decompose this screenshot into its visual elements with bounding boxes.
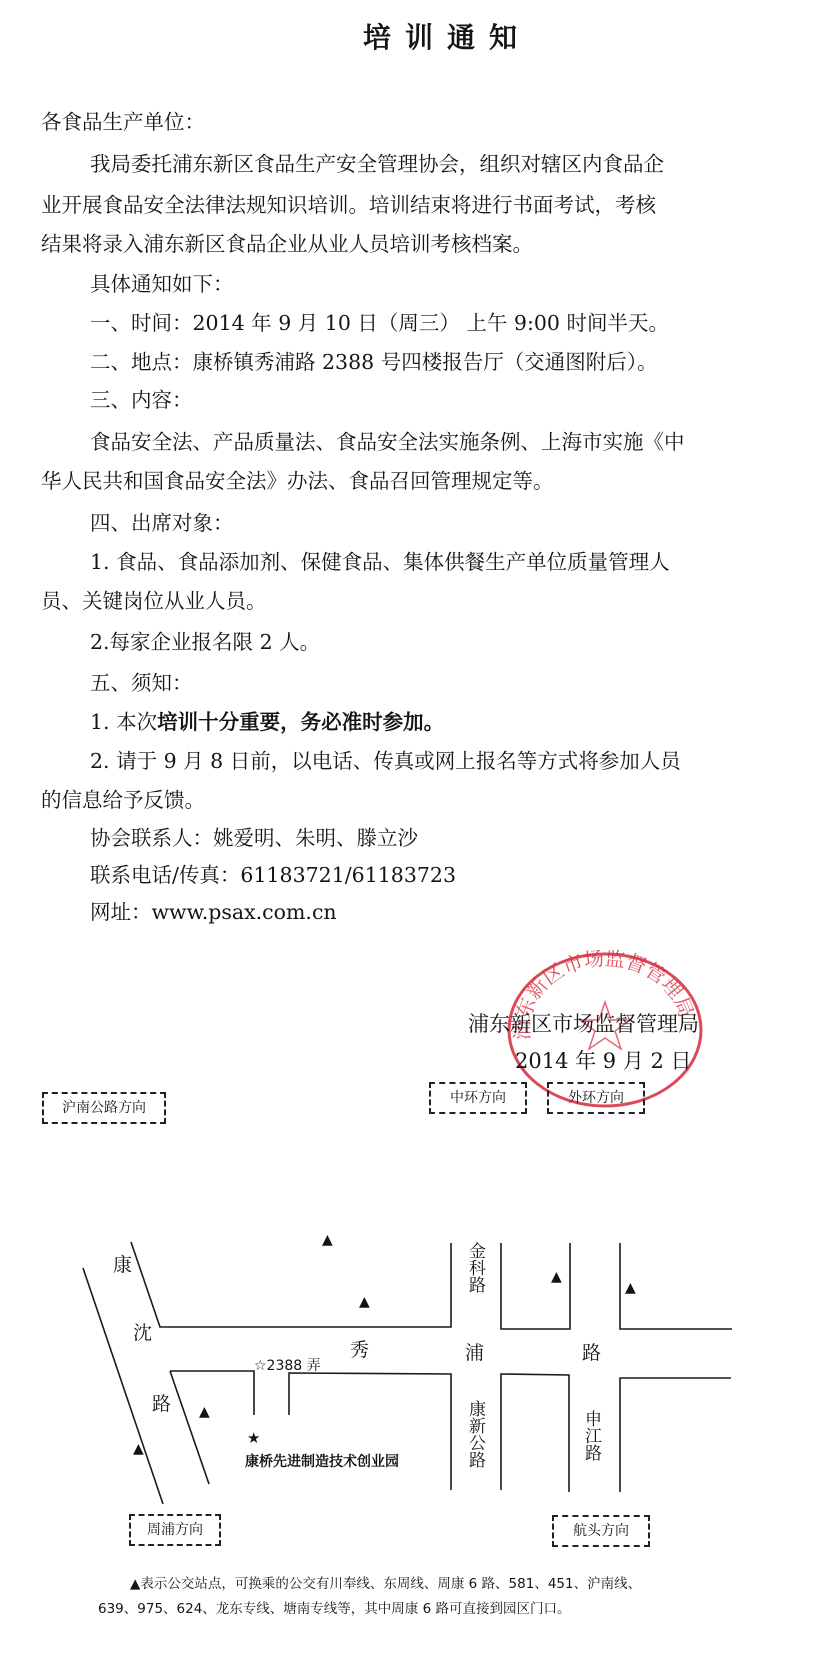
intro-line-3: 结果将录入浦东新区食品企业从业人员培训考核档案。 bbox=[41, 232, 533, 256]
signature-organization: 浦东新区市场监督管理局 bbox=[468, 1008, 699, 1038]
road-label-lu-xiupu: 路 bbox=[582, 1343, 601, 1363]
phone-fax: 联系电话/传真：61183721/61183723 bbox=[90, 863, 456, 887]
content-line-1: 食品安全法、产品质量法、食品安全法实施条例、上海市实施《中 bbox=[90, 430, 685, 454]
park-star-icon: ★ bbox=[247, 1429, 260, 1447]
time-item: 一、时间：2014 年 9 月 10 日（周三） 上午 9:00 时间半天。 bbox=[90, 311, 669, 335]
content-line-2: 华人民共和国食品安全法》办法、食品召回管理规定等。 bbox=[41, 469, 554, 493]
bus-stop-icon: ▲ bbox=[199, 1404, 210, 1420]
attendees-heading: 四、出席对象： bbox=[90, 511, 234, 535]
intro-line-1: 我局委托浦东新区食品生产安全管理协会，组织对辖区内食品企 bbox=[90, 152, 664, 176]
document-title: 培训通知 bbox=[0, 16, 840, 56]
intro-line-2: 业开展食品安全法律法规知识培训。培训结束将进行书面考试，考核 bbox=[41, 193, 656, 217]
road-label-kangxin: 康新公路 bbox=[465, 1400, 485, 1472]
bus-stop-icon: ▲ bbox=[322, 1232, 333, 1248]
bus-stop-icon: ▲ bbox=[625, 1280, 636, 1296]
direction-outer-ring: 外环方向 bbox=[547, 1082, 645, 1114]
notice-item-1-emphasis: 培训十分重要，务必准时参加。 bbox=[157, 710, 444, 734]
footnote-line-2: 639、975、624、龙东专线、塘南专线等，其中周康 6 路可直接到园区门口。 bbox=[98, 1597, 570, 1617]
park-label: 康桥先进制造技术创业园 bbox=[245, 1451, 399, 1471]
details-heading: 具体通知如下： bbox=[90, 272, 234, 296]
attendees-item-1-line-1: 1. 食品、食品添加剂、保健食品、集体供餐生产单位质量管理人 bbox=[90, 550, 670, 574]
notice-heading: 五、须知： bbox=[90, 671, 193, 695]
location-item: 二、地点：康桥镇秀浦路 2388 号四楼报告厅（交通图附后）。 bbox=[90, 350, 657, 374]
lane-2388-label: ☆2388 弄 bbox=[254, 1355, 321, 1375]
direction-zhoupu: 周浦方向 bbox=[129, 1514, 221, 1546]
road-label-shen: 沈 bbox=[133, 1323, 152, 1343]
direction-hangtou: 航头方向 bbox=[552, 1515, 650, 1547]
road-label-pu: 浦 bbox=[465, 1343, 484, 1363]
notice-item-2-line-2: 的信息给予反馈。 bbox=[41, 788, 205, 812]
contacts: 协会联系人：姚爱明、朱明、滕立沙 bbox=[90, 826, 418, 850]
traffic-map: 沪南公路方向 中环方向 外环方向 周浦方向 航头方向 康 沈 路 秀 浦 路 金… bbox=[0, 1140, 840, 1540]
road-label-jinke: 金科路 bbox=[465, 1242, 485, 1297]
footnote-line-1: ▲表示公交站点，可换乘的公交有川奉线、东周线、周康 6 路、581、451、沪南… bbox=[130, 1572, 641, 1592]
notice-item-2-line-1: 2. 请于 9 月 8 日前，以电话、传真或网上报名等方式将参加人员 bbox=[90, 749, 681, 773]
direction-middle-ring: 中环方向 bbox=[429, 1082, 527, 1114]
road-label-lu-kangshen: 路 bbox=[152, 1394, 171, 1414]
content-heading: 三、内容： bbox=[90, 388, 193, 412]
attendees-item-2: 2.每家企业报名限 2 人。 bbox=[90, 630, 320, 654]
direction-hunan-road: 沪南公路方向 bbox=[42, 1092, 166, 1124]
bus-stop-icon: ▲ bbox=[133, 1441, 144, 1457]
road-label-xiu: 秀 bbox=[350, 1340, 369, 1360]
notice-item-1: 1. 本次培训十分重要，务必准时参加。 bbox=[90, 710, 444, 734]
bus-stop-icon: ▲ bbox=[359, 1294, 370, 1310]
road-label-shenjiang: 申江路 bbox=[581, 1410, 601, 1465]
bus-stop-icon: ▲ bbox=[551, 1269, 562, 1285]
salutation: 各食品生产单位： bbox=[41, 110, 205, 134]
road-label-kang: 康 bbox=[113, 1255, 132, 1275]
website-link[interactable]: 网址：www.psax.com.cn bbox=[90, 900, 337, 924]
attendees-item-1-line-2: 员、关键岗位从业人员。 bbox=[41, 589, 267, 613]
notice-item-1-prefix: 1. 本次 bbox=[90, 710, 157, 734]
signature-date: 2014 年 9 月 2 日 bbox=[515, 1045, 692, 1075]
road-lines bbox=[0, 1140, 840, 1540]
